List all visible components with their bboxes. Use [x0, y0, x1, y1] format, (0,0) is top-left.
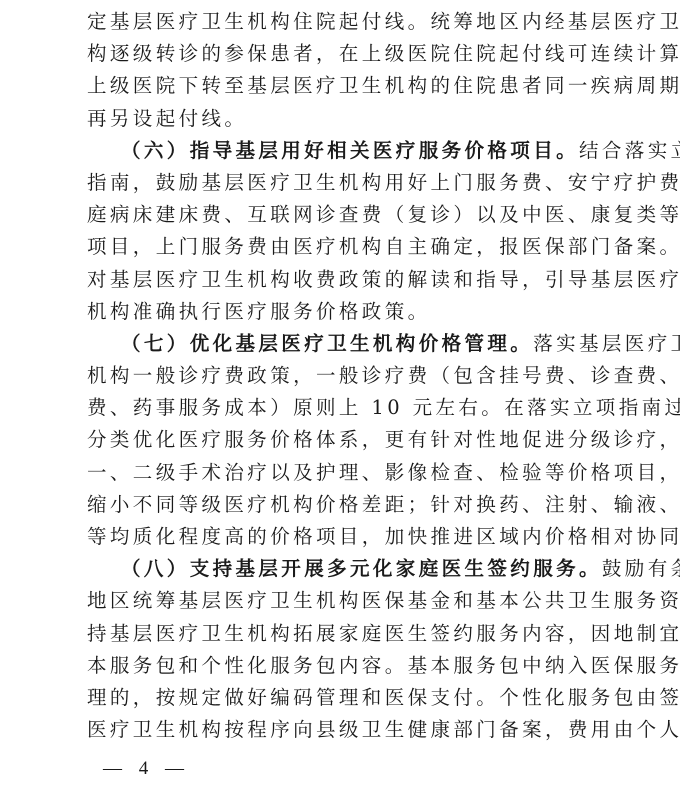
text-segment: 鼓励有条件的 — [602, 557, 680, 580]
paragraph-first-line: （六）指导基层用好相关医疗服务价格项目。结合落实立项 — [87, 135, 599, 167]
paragraph-5-continued: 定基层医疗卫生机构住院起付线。统筹地区内经基层医疗卫生机 构逐级转诊的参保患者，… — [87, 6, 599, 135]
text-line: 理的，按规定做好编码管理和医保支付。个性化服务包由签约基层 — [87, 682, 599, 714]
text-line: 对基层医疗卫生机构收费政策的解读和指导，引导基层医疗卫生 — [87, 264, 599, 296]
document-page: 定基层医疗卫生机构住院起付线。统筹地区内经基层医疗卫生机 构逐级转诊的参保患者，… — [87, 6, 599, 746]
paragraph-6: （六）指导基层用好相关医疗服务价格项目。结合落实立项 指南，鼓励基层医疗卫生机构… — [87, 135, 599, 328]
text-line: 指南，鼓励基层医疗卫生机构用好上门服务费、安宁疗护费、家 — [87, 167, 599, 199]
text-line: 费、药事服务成本）原则上 10 元左右。在落实立项指南过程中， — [87, 392, 599, 424]
paragraph-first-line: （八）支持基层开展多元化家庭医生签约服务。鼓励有条件的 — [87, 553, 599, 585]
page-number: — 4 — — [103, 758, 190, 780]
text-line: 再另设起付线。 — [87, 103, 599, 135]
text-line: 本服务包和个性化服务包内容。基本服务包中纳入医保服务项目管 — [87, 650, 599, 682]
text-line: 项目，上门服务费由医疗机构自主确定，报医保部门备案。做好 — [87, 231, 599, 263]
paragraph-8: （八）支持基层开展多元化家庭医生签约服务。鼓励有条件的 地区统筹基层医疗卫生机构… — [87, 553, 599, 746]
text-line: 庭病床建床费、互联网诊查费（复诊）以及中医、康复类等价格 — [87, 199, 599, 231]
section-heading-7: （七）优化基层医疗卫生机构价格管理。 — [121, 332, 533, 355]
section-heading-8: （八）支持基层开展多元化家庭医生签约服务。 — [121, 557, 602, 580]
text-line: 持基层医疗卫生机构拓展家庭医生签约服务内容，因地制宜细化基 — [87, 618, 599, 650]
text-segment: 落实基层医疗卫生 — [533, 332, 680, 355]
text-line: 医疗卫生机构按程序向县级卫生健康部门备案，费用由个人支付。 — [87, 714, 599, 746]
text-line: 分类优化医疗服务价格体系，更有针对性地促进分级诊疗，针对 — [87, 424, 599, 456]
text-line: 定基层医疗卫生机构住院起付线。统筹地区内经基层医疗卫生机 — [87, 6, 599, 38]
text-line: 上级医院下转至基层医疗卫生机构的住院患者同一疾病周期内不 — [87, 70, 599, 102]
text-line: 构逐级转诊的参保患者，在上级医院住院起付线可连续计算，由 — [87, 38, 599, 70]
paragraph-first-line: （七）优化基层医疗卫生机构价格管理。落实基层医疗卫生 — [87, 328, 599, 360]
text-line: 机构准确执行医疗服务价格政策。 — [87, 296, 599, 328]
text-line: 等均质化程度高的价格项目，加快推进区域内价格相对协同。 — [87, 521, 599, 553]
text-segment: 结合落实立项 — [579, 139, 680, 162]
text-line: 地区统筹基层医疗卫生机构医保基金和基本公共卫生服务资金，支 — [87, 585, 599, 617]
section-heading-6: （六）指导基层用好相关医疗服务价格项目。 — [121, 139, 579, 162]
text-line: 一、二级手术治疗以及护理、影像检查、检验等价格项目，适当 — [87, 457, 599, 489]
text-line: 缩小不同等级医疗机构价格差距；针对换药、注射、输液、采血 — [87, 489, 599, 521]
text-line: 机构一般诊疗费政策，一般诊疗费（包含挂号费、诊查费、注射 — [87, 360, 599, 392]
paragraph-7: （七）优化基层医疗卫生机构价格管理。落实基层医疗卫生 机构一般诊疗费政策，一般诊… — [87, 328, 599, 553]
